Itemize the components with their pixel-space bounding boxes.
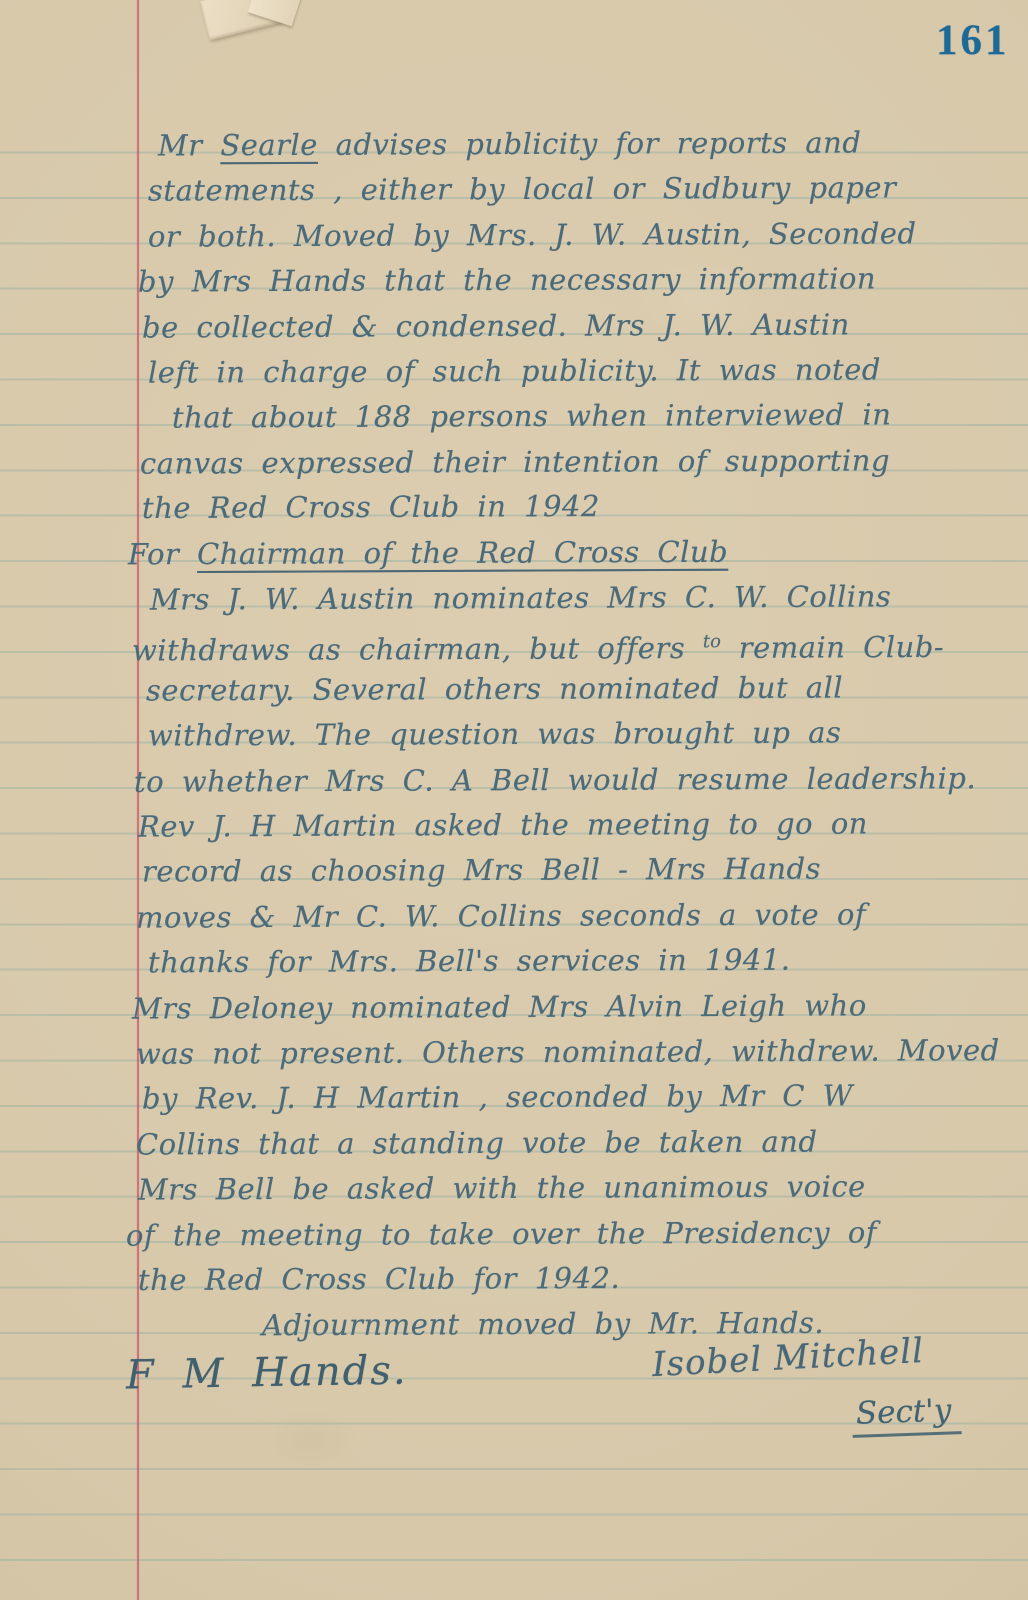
- scanned-minutes-page: { "page": { "number": "161", "paper_colo…: [0, 0, 1028, 1600]
- manuscript-line: statements , either by local or Sudbury …: [148, 168, 897, 211]
- manuscript-line: by Mrs Hands that the necessary informat…: [138, 259, 876, 302]
- inserted-word: to: [703, 632, 721, 653]
- manuscript-line: that about 188 persons when interviewed …: [172, 395, 892, 438]
- manuscript-line: withdrew. The question was brought up as: [148, 713, 841, 756]
- manuscript-line: or both. Moved by Mrs. J. W. Austin, Sec…: [148, 213, 917, 256]
- manuscript-line: record as choosing Mrs Bell - Mrs Hands: [142, 849, 821, 892]
- underlined-name: Searle: [220, 128, 318, 162]
- manuscript-line: Mr Searle advises publicity for reports …: [158, 122, 862, 165]
- secretary-title: Sect'y: [851, 1392, 962, 1438]
- manuscript-line: secretary. Several others nominated but …: [146, 667, 843, 710]
- manuscript-line: the Red Cross Club in 1942: [142, 486, 600, 528]
- line-text: advises publicity for reports and: [318, 125, 862, 161]
- manuscript-line: to whether Mrs C. A Bell would resume le…: [134, 758, 976, 802]
- manuscript-line: Mrs Bell be asked with the unanimous voi…: [138, 1167, 866, 1210]
- manuscript-line: be collected & condensed. Mrs J. W. Aust…: [142, 304, 850, 347]
- page-number: 161: [936, 16, 1010, 65]
- manuscript-line: the Red Cross Club for 1942.: [138, 1258, 620, 1300]
- paper-page: 161 Mr Searle advises publicity for repo…: [0, 0, 1028, 1600]
- manuscript-line: Mrs J. W. Austin nominates Mrs C. W. Col…: [150, 576, 891, 619]
- line-text: Mr: [158, 128, 220, 162]
- manuscript-line: Rev J. H Martin asked the meeting to go …: [138, 803, 868, 846]
- manuscript-line: Mrs Deloney nominated Mrs Alvin Leigh wh…: [132, 985, 867, 1028]
- adjournment-line: Adjournment moved by Mr. Hands.: [262, 1303, 824, 1345]
- manuscript-line: thanks for Mrs. Bell's services in 1941.: [148, 940, 791, 983]
- section-heading: For Chairman of the Red Cross Club: [128, 531, 728, 574]
- line-text: withdraws as chairman, but offers: [132, 631, 703, 667]
- heading-underlined: Chairman of the Red Cross Club: [197, 534, 728, 570]
- manuscript-line: by Rev. J. H Martin , seconded by Mr C W: [142, 1076, 853, 1119]
- hands-signature: F M Hands.: [126, 1348, 408, 1399]
- manuscript-line: Collins that a standing vote be taken an…: [136, 1121, 818, 1164]
- manuscript-line: of the meeting to take over the Presiden…: [126, 1212, 877, 1255]
- manuscript-line: left in charge of such publicity. It was…: [148, 349, 881, 392]
- line-text: remain Club-: [721, 630, 944, 665]
- heading-text: For: [128, 537, 197, 571]
- manuscript-line: withdraws as chairman, but offers to rem…: [132, 622, 944, 666]
- manuscript-line: canvas expressed their intention of supp…: [140, 440, 890, 483]
- manuscript-line: was not present. Others nominated, withd…: [136, 1030, 1000, 1074]
- manuscript-line: moves & Mr C. W. Collins seconds a vote …: [136, 894, 866, 937]
